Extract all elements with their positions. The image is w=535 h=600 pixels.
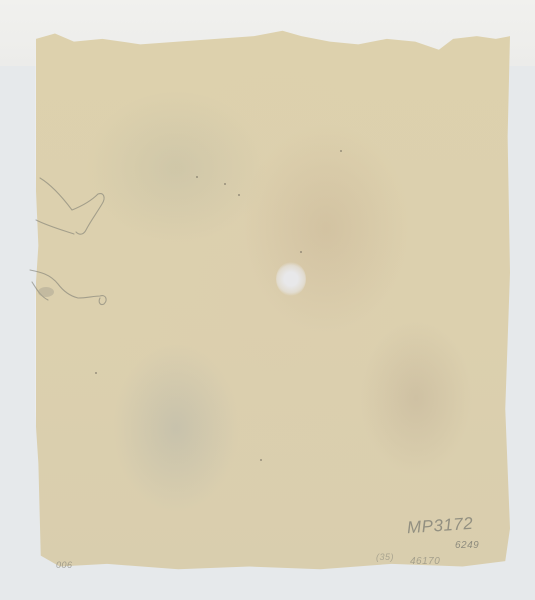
corner-mark: 006 [56,560,73,570]
secondary-number: 6249 [455,540,479,551]
paper-hole [276,262,306,296]
faint-number-left: (35) [376,552,394,562]
faint-number: 46170 [410,556,440,567]
pencil-sketch [26,170,116,320]
